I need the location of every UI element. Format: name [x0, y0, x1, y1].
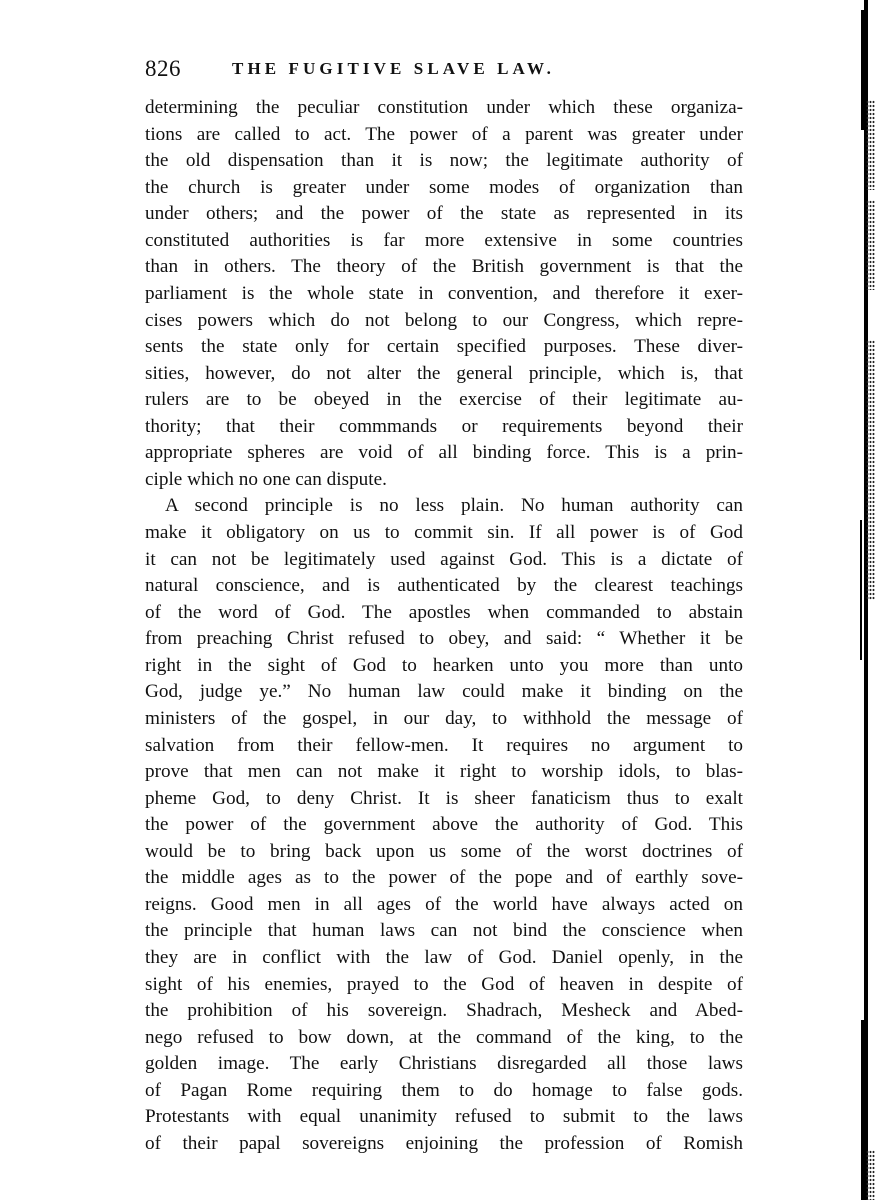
text-line: would be to bring back upon us some of t…	[145, 839, 743, 866]
scanned-book-page: 826 THE FUGITIVE SLAVE LAW. determining …	[0, 0, 875, 1200]
text-line: parliament is the whole state in convent…	[145, 281, 743, 308]
text-line: from preaching Christ refused to obey, a…	[145, 626, 743, 653]
text-line: ciple which no one can dispute.	[145, 467, 743, 494]
text-line: appropriate spheres are void of all bind…	[145, 440, 743, 467]
text-line: pheme God, to deny Christ. It is sheer f…	[145, 786, 743, 813]
text-line: than in others. The theory of the Britis…	[145, 254, 743, 281]
binding-speckle	[866, 1150, 875, 1200]
binding-speckle	[866, 340, 875, 600]
text-line: under others; and the power of the state…	[145, 201, 743, 228]
text-line: constituted authorities is far more exte…	[145, 228, 743, 255]
text-line: ministers of the gospel, in our day, to …	[145, 706, 743, 733]
text-line: natural conscience, and is authenticated…	[145, 573, 743, 600]
text-line: of Pagan Rome requiring them to do homag…	[145, 1078, 743, 1105]
text-line: sities, however, do not alter the genera…	[145, 361, 743, 388]
text-line: sents the state only for certain specifi…	[145, 334, 743, 361]
text-line: the church is greater under some modes o…	[145, 175, 743, 202]
text-line: the power of the government above the au…	[145, 812, 743, 839]
binding-shadow	[860, 520, 862, 660]
text-line: salvation from their fellow-men. It requ…	[145, 733, 743, 760]
text-line: tions are called to act. The power of a …	[145, 122, 743, 149]
text-line: of their papal sovereigns enjoining the …	[145, 1131, 743, 1158]
text-line: thority; that their commmands or require…	[145, 414, 743, 441]
text-line: it can not be legitimately used against …	[145, 547, 743, 574]
binding-shadow	[861, 10, 864, 130]
text-line: golden image. The early Christians disre…	[145, 1051, 743, 1078]
page-number: 826	[145, 54, 181, 84]
text-line: nego refused to bow down, at the command…	[145, 1025, 743, 1052]
text-line: reigns. Good men in all ages of the worl…	[145, 892, 743, 919]
text-line: rulers are to be obeyed in the exercise …	[145, 387, 743, 414]
text-line: the prohibition of his sovereign. Shadra…	[145, 998, 743, 1025]
text-line: make it obligatory on us to commit sin. …	[145, 520, 743, 547]
body-text: determining the peculiar constitution un…	[145, 95, 743, 1158]
running-head: 826 THE FUGITIVE SLAVE LAW.	[145, 54, 745, 84]
text-line: A second principle is no less plain. No …	[145, 493, 743, 520]
text-line: determining the peculiar constitution un…	[145, 95, 743, 122]
text-line: cises powers which do not belong to our …	[145, 308, 743, 335]
text-line: prove that men can not make it right to …	[145, 759, 743, 786]
binding-speckle	[866, 100, 875, 190]
text-line: sight of his enemies, prayed to the God …	[145, 972, 743, 999]
text-line: the middle ages as to the power of the p…	[145, 865, 743, 892]
text-line: of the word of God. The apostles when co…	[145, 600, 743, 627]
text-line: the principle that human laws can not bi…	[145, 918, 743, 945]
text-line: they are in conflict with the law of God…	[145, 945, 743, 972]
text-line: Protestants with equal unanimity refused…	[145, 1104, 743, 1131]
text-line: right in the sight of God to hearken unt…	[145, 653, 743, 680]
binding-speckle	[866, 200, 875, 290]
text-line: God, judge ye.” No human law could make …	[145, 679, 743, 706]
text-line: the old dispensation than it is now; the…	[145, 148, 743, 175]
running-title: THE FUGITIVE SLAVE LAW.	[232, 54, 555, 84]
